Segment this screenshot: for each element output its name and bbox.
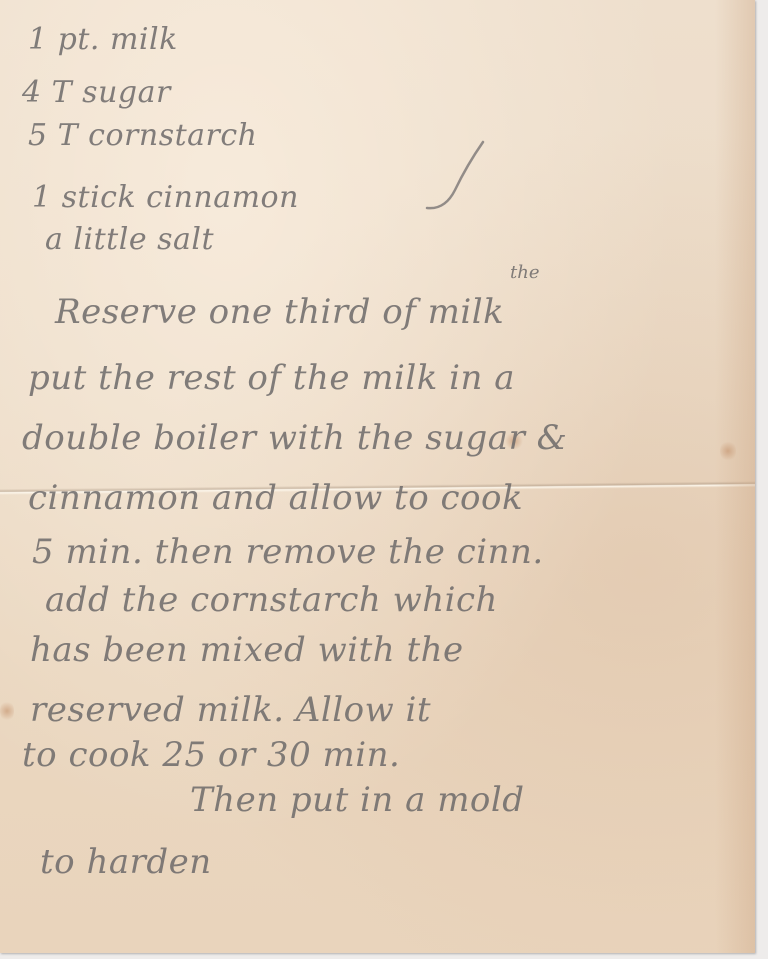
instruction-line: add the cornstarch which: [45, 580, 498, 620]
instruction-line: to harden: [40, 842, 212, 882]
instruction-line: 5 min. then remove the cinn.: [32, 532, 544, 572]
instruction-line: Reserve one third of milk: [55, 292, 504, 332]
instruction-line: put the rest of the milk in a: [28, 358, 515, 398]
check-mark-icon: [425, 140, 485, 210]
instruction-line: reserved milk. Allow it: [30, 690, 431, 730]
paper-stain: [0, 700, 14, 722]
ingredient-line: a little salt: [45, 222, 214, 257]
ingredient-line: 1 stick cinnamon: [32, 180, 299, 215]
ingredient-line: 4 T sugar: [22, 75, 171, 110]
inserted-word: the: [510, 262, 539, 283]
instruction-line: has been mixed with the: [30, 630, 464, 670]
ingredient-line: 5 T cornstarch: [28, 118, 258, 153]
instruction-line: Then put in a mold: [190, 780, 525, 820]
recipe-paper: 1 pt. milk 4 T sugar 5 T cornstarch 1 st…: [0, 0, 755, 953]
paper-stain: [720, 440, 736, 462]
instruction-line: double boiler with the sugar &: [22, 418, 567, 458]
instruction-line: cinnamon and allow to cook: [28, 478, 523, 518]
instruction-line: to cook 25 or 30 min.: [22, 735, 400, 775]
ingredient-line: 1 pt. milk: [28, 22, 178, 57]
